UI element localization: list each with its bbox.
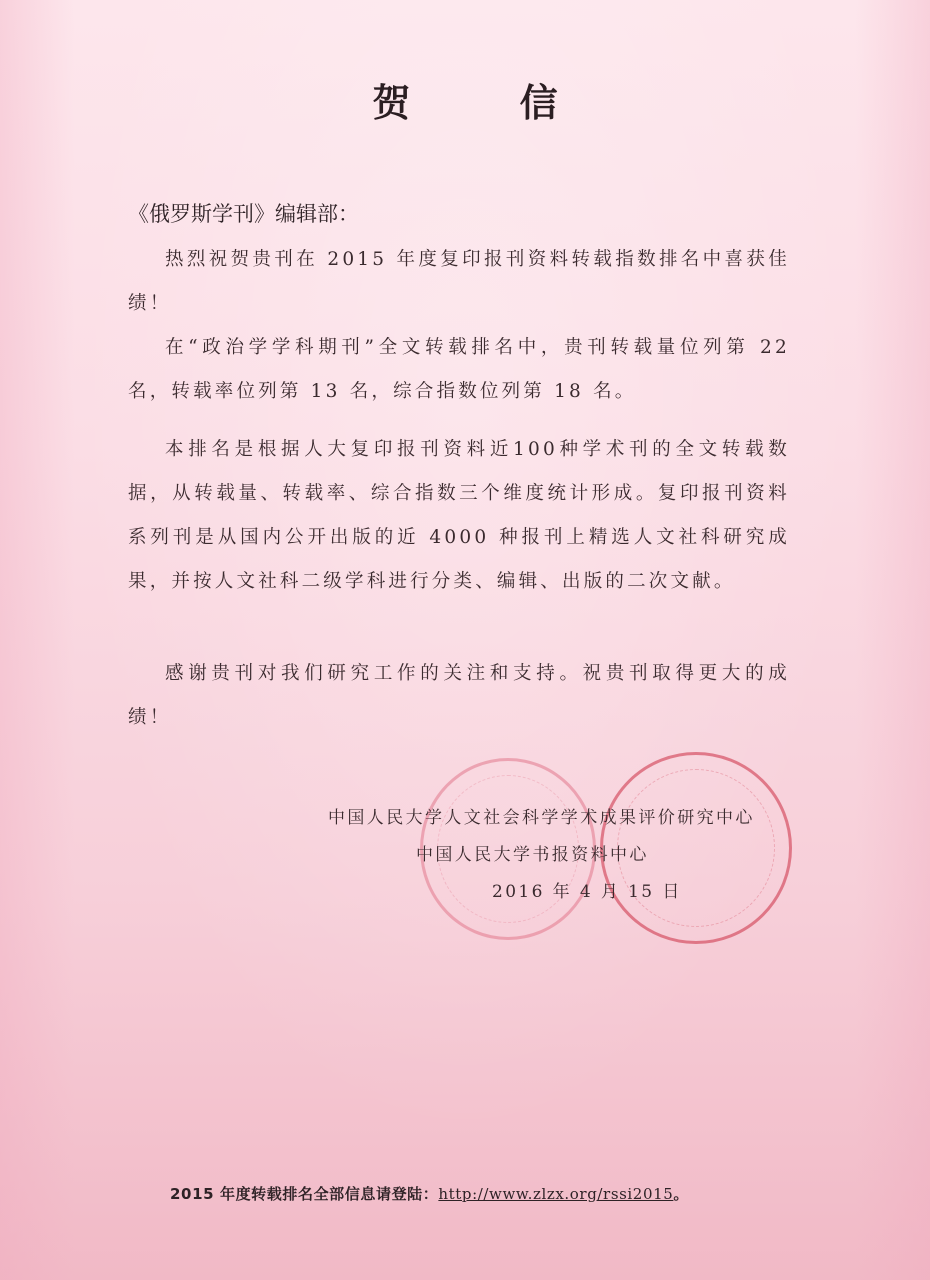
page-title: 贺 信 [0, 72, 930, 127]
paragraph-text: 感谢贵刊对我们研究工作的关注和支持。祝贵刊取得更大的成绩！ [128, 652, 790, 740]
footer-end: 。 [673, 1185, 689, 1203]
signatory-org-2: 中国人民大学书报资料中心 [416, 837, 649, 874]
paragraph-text: 本排名是根据人大复印报刊资料近100种学术刊的全文转载数据，从转载量、转载率、综… [128, 428, 790, 604]
paragraph-congratulations: 热烈祝贺贵刊在 2015 年度复印报刊资料转载指数排名中喜获佳绩！ [128, 238, 790, 326]
footer-text: 2015 年度转载排名全部信息请登陆： [170, 1185, 438, 1203]
signature-date: 2016 年 4 月 15 日 [492, 874, 682, 911]
footer-note: 2015 年度转载排名全部信息请登陆：http://www.zlzx.org/r… [170, 1183, 689, 1204]
ranking-link[interactable]: http://www.zlzx.org/rssi2015 [438, 1185, 673, 1203]
signatory-org-1: 中国人民大学人文社会科学学术成果评价研究中心 [328, 800, 755, 837]
paragraph-text: 在“政治学学科期刊”全文转载排名中，贵刊转载量位列第 22 名，转载率位列第 1… [128, 326, 790, 414]
salutation: 《俄罗斯学刊》编辑部： [128, 198, 359, 228]
paper-background [0, 0, 930, 1280]
paragraph-ranking: 在“政治学学科期刊”全文转载排名中，贵刊转载量位列第 22 名，转载率位列第 1… [128, 326, 790, 414]
paragraph-methodology: 本排名是根据人大复印报刊资料近100种学术刊的全文转载数据，从转载量、转载率、综… [128, 428, 790, 604]
paragraph-text: 热烈祝贺贵刊在 2015 年度复印报刊资料转载指数排名中喜获佳绩！ [128, 238, 790, 326]
paragraph-thanks: 感谢贵刊对我们研究工作的关注和支持。祝贵刊取得更大的成绩！ [128, 652, 790, 740]
